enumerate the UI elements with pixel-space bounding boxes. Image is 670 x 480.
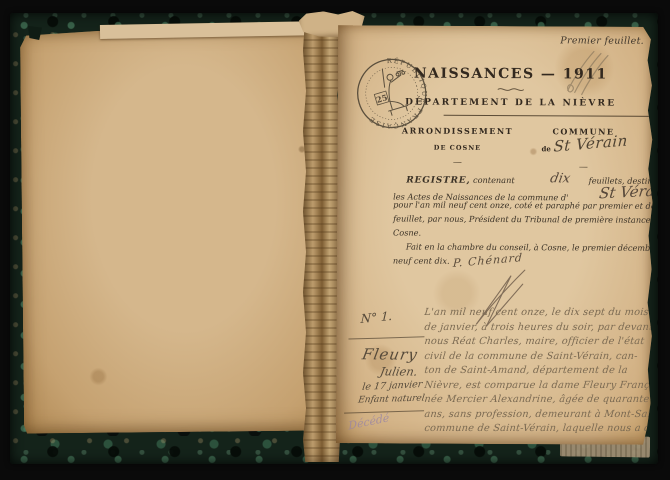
act-line: L'an mil neuf cent onze, le dix sept du … <box>424 306 655 321</box>
birth-act-text: L'an mil neuf cent onze, le dix sept du … <box>424 306 654 437</box>
margin-separator-line <box>348 336 424 339</box>
act-line: civil de la commune de Saint-Vérain, can… <box>424 350 655 364</box>
register-line-2: les Actes de Naissances de la commune d'… <box>393 185 651 200</box>
act-line: ton de Saint-Amand, département de la <box>424 364 655 379</box>
sheet-label: Premier feuillet. <box>560 35 644 46</box>
arrondissement-value: DE COSNE <box>401 144 513 153</box>
act-line: née Mercier Alexandrine, âgée de quarant… <box>424 393 655 408</box>
stamp-ring-text: RÉPUBLIQUE FRANÇAISE <box>351 48 437 137</box>
margin-date: le 17 janvier <box>362 379 423 393</box>
title-ornament-icon <box>374 85 648 93</box>
left-endpaper-blank <box>20 28 336 433</box>
page-title: NAISSANCES — 1911 <box>374 65 648 82</box>
register-sheets-handwritten: dix <box>536 171 572 186</box>
register-line-4: feuillet, par nous, Président du Tribuna… <box>393 213 651 228</box>
margin-surname: Fleury <box>361 345 420 363</box>
register-line-3: pour l'an mil neuf cent onze, coté et pa… <box>393 199 651 214</box>
register-lead-rest: contenant <box>473 175 515 185</box>
register-line-5: Cosne. <box>393 227 651 242</box>
commune-prefix: de <box>541 144 550 153</box>
margin-note: Enfant naturel. <box>357 393 428 405</box>
register-first-page: Premier feuillet. RÉPUBLIQUE FRANÇAISE <box>336 25 654 445</box>
header-rule <box>444 115 654 117</box>
arrondissement-dash: — <box>401 158 513 169</box>
svg-text:RÉPUBLIQUE FRANÇAISE: RÉPUBLIQUE FRANÇAISE <box>351 48 437 137</box>
arrondissement-block: ARRONDISSEMENT DE COSNE — <box>401 126 513 169</box>
act-line: commune de Saint-Vérain, laquelle nous a… <box>424 422 655 437</box>
act-line: Nièvre, est comparue la dame Fleury Fran… <box>424 379 655 393</box>
arrondissement-label: ARRONDISSEMENT <box>402 126 514 137</box>
photo-background: Premier feuillet. RÉPUBLIQUE FRANÇAISE <box>0 0 670 480</box>
commune-block: COMMUNE de St Vérain — <box>527 126 639 173</box>
act-number: N° 1. <box>360 309 392 326</box>
department-heading: DÉPARTEMENT DE LA NIÈVRE <box>374 97 648 108</box>
act-line: ans, sans profession, demeurant à Mont-S… <box>424 408 655 423</box>
register-lead: REGISTRE, <box>406 176 470 186</box>
register-commune-handwritten: St Vérain <box>598 181 654 202</box>
act-line: nous Réat Charles, maire, officier de l'… <box>424 335 655 350</box>
torn-page-stubs <box>303 15 341 462</box>
margin-given-name: Julien. <box>379 364 419 378</box>
act-line: de janvier, à trois heures du soir, par … <box>424 321 655 336</box>
deceased-note: Décédé <box>348 411 390 433</box>
